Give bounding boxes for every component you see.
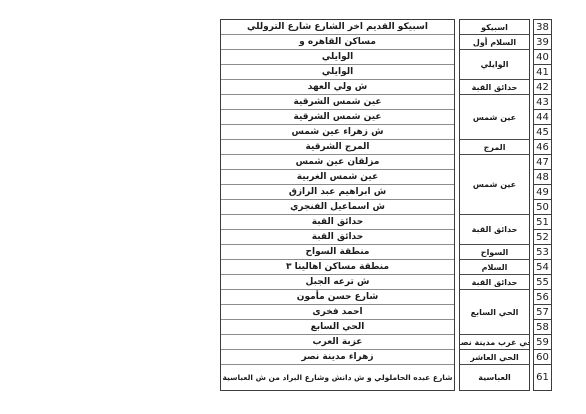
street-name-cell: ش ابراهيم عبد الرازق: [221, 185, 454, 200]
row-number-cell: 61: [534, 365, 551, 390]
street-name-cell: شارع عبده الحاملولي و ش دانش وشارع البرا…: [221, 365, 454, 390]
district-cell: المرج: [460, 140, 529, 155]
district-cell: حدائق القبة: [460, 275, 529, 290]
row-number-cell: 45: [534, 125, 551, 140]
row-number-cell: 46: [534, 140, 551, 155]
street-name-cell: الوايلي: [221, 50, 454, 65]
street-name-cell: عزبة العرب: [221, 335, 454, 350]
street-name-cell: حدائق القبة: [221, 230, 454, 245]
street-name-cell: عين شمس الشرقية: [221, 110, 454, 125]
row-number-cell: 44: [534, 110, 551, 125]
street-name-cell: ش اسماعيل الفنجري: [221, 200, 454, 215]
row-number-cell: 43: [534, 95, 551, 110]
district-cell: السلام أول: [460, 35, 529, 50]
district-column: اسبيكوالسلام أولالوايليحدائق القبةعين شم…: [459, 19, 530, 391]
street-name-cell: ش ولي العهد: [221, 80, 454, 95]
row-number-cell: 39: [534, 35, 551, 50]
street-column: اسبيكو القديم اخر الشارع شارع الترولليمس…: [220, 19, 455, 391]
row-number-cell: 49: [534, 185, 551, 200]
row-number-cell: 47: [534, 155, 551, 170]
row-number-cell: 50: [534, 200, 551, 215]
row-number-cell: 51: [534, 215, 551, 230]
street-name-cell: زهراء مدينة نصر: [221, 350, 454, 365]
scanned-document-page: اسبيكو القديم اخر الشارع شارع الترولليمس…: [0, 0, 586, 414]
row-number-cell: 59: [534, 335, 551, 350]
district-cell: السلام: [460, 260, 529, 275]
street-name-cell: الحي السابع: [221, 320, 454, 335]
row-number-cell: 40: [534, 50, 551, 65]
row-number-cell: 52: [534, 230, 551, 245]
district-cell: عين شمس: [460, 155, 529, 215]
district-cell: العباسية: [460, 365, 529, 390]
row-number-cell: 60: [534, 350, 551, 365]
row-number-cell: 56: [534, 290, 551, 305]
street-name-cell: اسبيكو القديم اخر الشارع شارع التروللي: [221, 20, 454, 35]
row-number-cell: 48: [534, 170, 551, 185]
street-district-table: اسبيكو القديم اخر الشارع شارع الترولليمس…: [220, 19, 552, 391]
row-number-cell: 55: [534, 275, 551, 290]
street-name-cell: ش زهراء عين شمس: [221, 125, 454, 140]
district-cell: الحي العاشر: [460, 350, 529, 365]
district-cell: عين شمس: [460, 95, 529, 140]
street-name-cell: مزلقان عين شمس: [221, 155, 454, 170]
row-number-cell: 54: [534, 260, 551, 275]
district-cell: حدائق القبة: [460, 80, 529, 95]
district-cell: حي غرب مدينة نصر: [460, 335, 529, 350]
district-cell: الوايلي: [460, 50, 529, 80]
district-cell: حدائق القبة: [460, 215, 529, 245]
row-number-cell: 41: [534, 65, 551, 80]
street-name-cell: منطقة السواح: [221, 245, 454, 260]
street-name-cell: عين شمس الغربية: [221, 170, 454, 185]
district-cell: اسبيكو: [460, 20, 529, 35]
street-name-cell: احمد فخرى: [221, 305, 454, 320]
row-number-cell: 38: [534, 20, 551, 35]
street-name-cell: عين شمس الشرقية: [221, 95, 454, 110]
street-name-cell: ش ترعه الجبل: [221, 275, 454, 290]
row-number-cell: 58: [534, 320, 551, 335]
row-number-cell: 53: [534, 245, 551, 260]
street-name-cell: الوايلي: [221, 65, 454, 80]
number-column: 3839404142434445464748495051525354555657…: [533, 19, 552, 391]
row-number-cell: 42: [534, 80, 551, 95]
street-name-cell: المرج الشرقية: [221, 140, 454, 155]
street-name-cell: شارع حسن مأمون: [221, 290, 454, 305]
district-cell: الحي السابع: [460, 290, 529, 335]
street-name-cell: حدائق القبة: [221, 215, 454, 230]
district-cell: السواح: [460, 245, 529, 260]
street-name-cell: مساكن القاهره و: [221, 35, 454, 50]
row-number-cell: 57: [534, 305, 551, 320]
street-name-cell: منطقة مساكن اهالينا ٣: [221, 260, 454, 275]
